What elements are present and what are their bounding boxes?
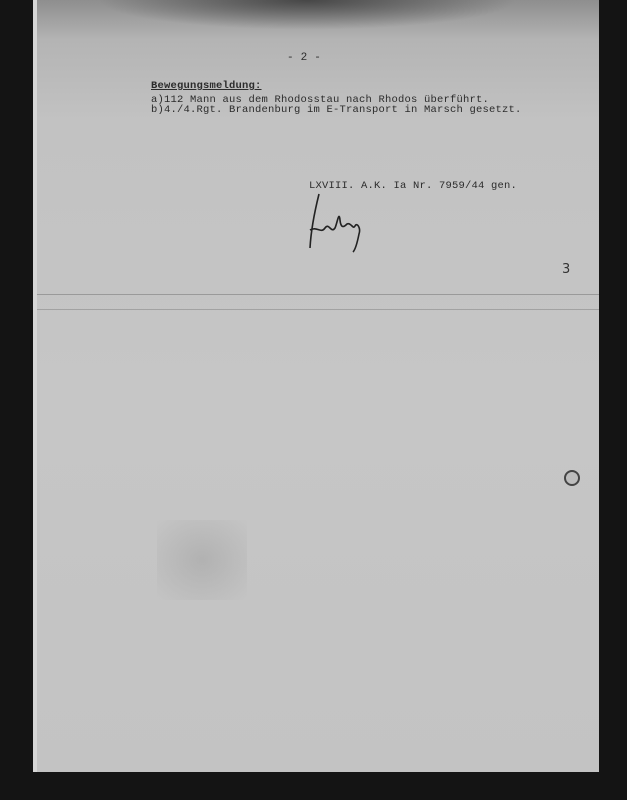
scan-shadow bbox=[97, 0, 517, 30]
page-fold-line bbox=[37, 294, 599, 310]
signature-icon bbox=[307, 190, 377, 254]
list-item: b)4./4.Rgt. Brandenburg im E-Transport i… bbox=[151, 104, 522, 116]
document-page: - 2 - Bewegungsmeldung: a)112 Mann aus d… bbox=[33, 0, 599, 772]
page-number: - 2 - bbox=[287, 52, 321, 64]
punch-hole bbox=[564, 470, 580, 486]
section-heading: Bewegungsmeldung: bbox=[151, 80, 262, 92]
margin-mark: 3 bbox=[562, 262, 570, 277]
smudge bbox=[157, 520, 247, 600]
